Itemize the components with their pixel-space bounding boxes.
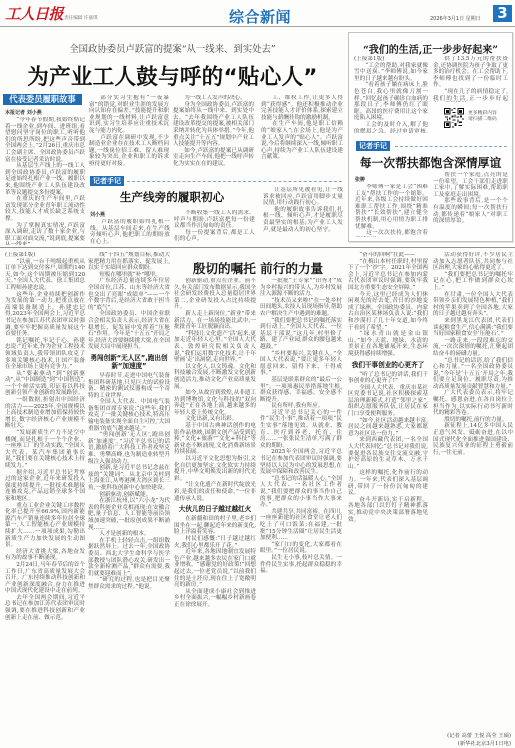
paragraph: 新人走上新岗位,“新业”带来新活力。在一场场技能比武中,一批批青年工匠脱颖而出。 (174, 311, 256, 331)
paragraph: 2025年全国两会,习近平总书记在参加代表团审议时强调,要坚持以人民为中心的发展… (260, 449, 342, 475)
paragraph: 一组数据,折射出中国经济的活力——2025年,全国规模以上高技术制造业增加值保持… (5, 397, 85, 430)
paragraph: 广东经济总量连续多年位居全国首位,江苏、山东等经济大省也交出了亮眼“成绩单”——… (88, 278, 170, 311)
reporter-note-label: 记者手记 (356, 141, 390, 151)
lead-kicker: 全国政协委员卢跃富的提案“从一线来、到实处去” (0, 41, 345, 55)
paragraph: 今天,这里已经成为人们休闲观光的好去处,昔日的沙地变成了绿洲。全国政协委员、内蒙… (348, 292, 428, 332)
paragraph: 李师傅一家是工会“困难工友”帮扶工作的一个缩影。近年来,各级工会持续做好困难职工… (355, 184, 428, 230)
subheading: 我们干事创业的心更齐了 (348, 361, 428, 369)
paragraph: “勇闯创新‘无人区’,跑出创新‘加速度’。”习近平总书记的话语,激励着广大科技工… (88, 432, 170, 465)
paragraph: 不断收集一线工人的需求、呼声与期盼,卢跃富把每一份建议都当作沉甸甸的责任。 (174, 210, 255, 230)
paragraph: “让文化遗产在新时代绽放光彩,是我们的责任和使命。”一位非遗传承人说。 (174, 482, 256, 502)
paragraph: 工会的及时介入,解了他的燃眉之急。经过申请审核,李师傅被纳入了帮扶名单。4年下来… (354, 122, 428, 133)
paragraph: “总书记的话语,给了我们信心和力量。”一名全国政协委员说,“今年是‘十五五’开局… (433, 358, 513, 391)
paragraph: 卢跃富的履职始终扎根一线。从基层车间走来,在生产线旁倾听心声,他把职工的期盼放在… (90, 219, 170, 245)
paragraph: 据介绍,习近平总书记考察过的这家企业,近年来研发投入强度持续提升,一批技术难题接… (5, 470, 85, 503)
paragraph: 他的履职故事告诉我们,扎根一线、倾听心声,才是履职尽责最坚实的根基;为产业工人发… (263, 207, 343, 233)
sidebar-column-2: 供了13.5万元的帮扶资金,还协调医院为孩子争取了更多的治疗机会。在工会帮助下,… (433, 56, 508, 102)
paragraph: 如今,卢跃富的提案已从调研室走向生产车间,他把一线呼声转化为实实在在的建议。 (173, 148, 254, 168)
paragraph: “总书记的话温暖人心。”全国人大代表、一名社区工作者说,“我们要把群众的事当作自… (260, 476, 342, 509)
paragraph: 重点工业企业关键工序数控化率已提升至66.9%,国内新能源汽车产销量连续多年位居… (5, 503, 85, 549)
paragraph: 一批批“土专家”“田秀才”成为乡村振兴的带头人,为乡村发展注入源源不断的活力。 (260, 278, 342, 298)
paragraph: 全国人大代表、中国电气装备集团首席专家说:“这些年,我们攻克了一批关键核心技术,… (88, 399, 170, 432)
lead-headline: 为产业工人鼓与呼的“贴心人” (0, 60, 345, 91)
lead-byline: 本报记者 刘小燕 (5, 109, 42, 116)
paragraph: “听了总书记的讲话,我们干事创业的心更齐了!” (348, 372, 428, 385)
editor-credit: 责任编辑 许嘉琪 (64, 15, 98, 21)
paragraph: 从基层生产线上的一线工人到全国政协委员,卢跃富的履职足迹始终扎根产业一线。履职以… (5, 163, 85, 196)
feature-credit-reporters: (记者 高蕾 王悦 高莹 王硕) (447, 731, 511, 739)
paragraph: “看着孩子躺在病床上,脸色苍白,我心里就像刀割一样。”回忆起孩子确诊白血病的那段… (354, 82, 428, 122)
paragraph: 来到黑龙江代表团,代表们谈起粮食生产,信心满满:“我们要当好国家粮食安全‘压舱石… (433, 318, 513, 338)
paragraph: “工会的帮助,对我家就像雪中送炭。”李师傅说,如今家里的日子越来越有盼头。 (354, 63, 428, 83)
paragraph: 广大代表委员表示,将牢记嘱托、感恩奋进,在各自岗位上担当作为,以实际行动书写新时… (433, 390, 513, 416)
paragraph: 在浙江杭州,以“六小龙”为代表的科创企业竞相涌现;在安徽合肥,量子信息、人工智能… (88, 498, 170, 531)
lead-column-3: 为一线工人发声的决心。身为全国政协委员,卢跃富的提案始终从一线中来、到实处中去。… (173, 95, 254, 170)
sidebar-headline: “我们的生活,正一步步好起来” (348, 41, 513, 56)
paragraph: 身为全国政协委员,卢跃富的提案始终从一线中来、到实处中去。“去年我围绕产业工人队… (173, 102, 254, 148)
dashed-divider (127, 181, 342, 182)
paragraph: 基于中国古典神话创作的电影作品热映,国潮文创产品受到追捧,“文化+旅游”“文化+… (174, 423, 256, 456)
paragraph: 民生无小事,枝叶总关情。一件件民生实事,托起群众稳稳的幸福。 (260, 555, 342, 575)
feature-column-5: “奋斗的回响”在此——“在梅山本村任职时,村里留下了一个‘沙’字。2021年全国… (348, 252, 428, 748)
paragraph: 民有所呼,我有所应。 (260, 403, 342, 410)
paragraph: “发展新质生产力不是空中楼阁,而是扎根于一个个企业、一座座工厂的生动实践。”全国… (5, 430, 85, 470)
paragraph: 这样的嘱托,化作前行的动力。一年来,代表们深入基层调研,带回了一份份沉甸甸的建议… (348, 470, 428, 496)
paragraph: 卢跃富在调研中发现,不少制造业企业存在技术工人断档问题,一线岗位招工难、留人难现… (89, 135, 169, 168)
paragraph: “乡村要振兴,关键在人。”全国人大代表说,“要让更多年轻人愿意回来、留得下来、干… (260, 351, 342, 377)
reporter-note-headline: 生产线旁的履职初心 (112, 189, 232, 205)
paragraph: 共建共享,共同富裕。在四川,一座座新建的社区食堂让老人们吃上了可口饭菜;在福建,… (260, 509, 342, 542)
paragraph: 活动获得好评,不少居民主动加入志愿者队伍,共同参与社区治理,大家的心贴得更近了。 (433, 252, 513, 272)
reporter-note-column-3: 让基层所见被看见,让一线诉求被回应,卢跃富用脚步丈量民情,用行动践行初心。他的履… (263, 187, 343, 245)
sidebar-column-1: (上接第1版)“工会的帮助,对我家就像雪中送炭。”李师傅说,如今家里的日子越来越… (354, 56, 428, 133)
paragraph: 村民们感慨:“日子越过越红火,我们心里都乐开了花。” (174, 536, 256, 549)
continuation-note: (上接第1版) (5, 252, 85, 259)
issue-date: 2026年3月1日 星期日 (430, 15, 481, 22)
paragraph: 习近平总书记关心的一件件“民生小事”,推动着一项项“民生实事”落地见效。从就业、… (260, 410, 342, 450)
reporter-note-column-2: 帮扶一个家庭,点亮的是一份希望。工会干部们走进职工家中,了解实际困难,帮助职工及… (433, 172, 508, 235)
reporter-note-label: 记者手记 (90, 176, 124, 186)
column-label: 代表委员履职故事 (3, 94, 82, 105)
paragraph: 为一线工人发声的决心。 (173, 95, 254, 102)
paragraph: 在甘肃,一位全国人大代表带领乡亲们发展特色种植,“我们村的苹果卖到了全国各地,大… (433, 292, 513, 318)
paragraph: 创新,是习近平总书记念兹在兹的“关键词”。从北京中关村到上海张江,从粤港澳大湾区… (88, 465, 170, 491)
continuation-note: (上接第1版) (354, 56, 428, 63)
paragraph: “奋斗的回响”在此—— (348, 252, 428, 259)
masthead-divider (0, 26, 515, 27)
paragraph: “在梅山本村任职时,村里留下了一个‘沙’字。2021年全国两会上,习近平总书记在… (348, 259, 428, 292)
paragraph: 早春时节,走进中国电气装备集团科研基地,只见巨大的试验设备、精密的测试仪器构成一… (88, 373, 170, 399)
paragraph: 2月24日,马年春节后的首个工作日,广东省高质量发展大会召开。广东持续推动科技创… (5, 562, 85, 595)
paragraph: 在手机上轻轻点击,一组组数据跃然屏上。过去一年,全国政协委员、西北大学生命科学与… (88, 538, 170, 578)
paragraph: “我们要把总书记的嘱托落实到行动上。”全国人大代表、一位基层干部说,“这几年,村… (260, 318, 342, 351)
paragraph: 这一次次扶持,都饱含着真情厚谊。 (355, 230, 428, 237)
paragraph: 这些年,企业持续把创新作为发展的第一动力,把重点放在高端装备制造上。孙建忠记得,… (5, 292, 85, 338)
paragraph: 在新疆和田的村子里,老乡们围坐在一起,聊起近年来的新变化,脸上洋溢着笑容。 (174, 516, 256, 536)
reporter-note-column-1: 李师傅一家是工会“困难工友”帮扶工作的一个缩影。近年来,各级工会持续做好困难职工… (355, 184, 428, 237)
paragraph: 那些故事背后,是一个个有温度的瞬间;每一次帮扶行动,都传递着“娘家人”对职工的深… (433, 198, 508, 224)
feature-credit-dateline: (新华社北京3月1日电) (458, 739, 511, 747)
paragraph: 让基层所见被看见,让一线诉求被回应,卢跃富用脚步丈量民情,用行动践行初心。 (263, 187, 343, 207)
subheading: 勇闯创新“无人区”,跑出创新“加速度” (88, 354, 170, 370)
paragraph: “研究的过程,也是把目光聚焦群众需求的过程。”他说。 (88, 577, 170, 590)
lead-column-1: “今年春节假期,我始终惦记着一线企业,到车间、进班组,看望慰问坚守岗位的职工,听… (5, 117, 85, 245)
paragraph: “如今,社区活动越来越丰富,居民之间越来越熟悉,大家都愿意为社区出一份力。” (348, 418, 428, 438)
paragraph: 部分实习生抱有“一夜暴富”的错觉,对职业生涯的发展方向认知存在偏差。”技能提升和… (89, 95, 169, 135)
paragraph: 全国政协委员、中国企业联合会相关负责人表示,经济大省在稳增长、促发展中发挥着“压… (88, 311, 170, 351)
qr-caption-line: 请扫描二维码 (468, 117, 510, 123)
feature-column-1: (上接第1版)“以前,一台千吨级起重机从订单下达到交付客户,周期约140天,如今… (5, 252, 85, 748)
paragraph: 基层是联系群众的“最后一公里”。一项项惠民举措落地生根,群众获得感、幸福感、安全… (260, 377, 342, 403)
paragraph: 新征程上,14亿多中国人民正意气风发、砥砺奋进,在以中国式现代化全面推进强国建设… (433, 423, 513, 456)
dashed-divider (395, 146, 507, 147)
paragraph: “现在儿子的病情稳定了,我们的生活,正一步步好起来。”李师傅说。 (433, 89, 508, 102)
feature-column-6: 活动获得好评,不少居民主动加入志愿者队伍,共同参与社区治理,大家的心贴得更近了。… (433, 252, 513, 730)
paragraph: 奋斗开新局,实干启新程。各地各部门以钉钉子精神抓落实,推动党中央决策部署落地见效… (348, 497, 428, 523)
paragraph: 工、维权工作,让更多人得到“获得感”。他还积极推动企业完善技能人才评价体系,探索… (261, 95, 343, 121)
paragraph: 如今,从故宫到敦煌,从非遗工坊到博物馆,文化与科技的“双向奔赴”正在各地上演,越… (174, 390, 256, 416)
paragraph: “科技让文化遗产‘活’起来,更加走近年轻人心里。”全国人大代表、敦煌研究院相关负… (174, 331, 256, 364)
paragraph: “家门口的变化,大家都看在眼里。”一位居民说。 (260, 542, 342, 555)
paragraph: 为了掌握真实情况,卢跃富深入调研,走访了数十家企业,与职工面对面交流,“说到底,… (5, 223, 85, 246)
paragraph: 来到西藏代表团,一名全国人大代表回忆:“总书记对我们说,要促进各民族交往交流交融… (348, 437, 428, 470)
paragraph: 在生产车间,他是职工信赖的“娘家人”;在会场上,他是为产业工人发声的“贴心人”。… (261, 121, 343, 161)
newspaper-page: 工人日报 责任编辑 许嘉琪 综合新闻 2026年3月1日 星期日 3 全国政协委… (0, 0, 515, 748)
paragraph: 去年全国两会期间,习近平总书记在参加江苏代表团审议时强调,要在推进科技创新和产业… (5, 595, 85, 621)
paragraph: “我们要把总书记的嘱托牢记在心,把工作做到群众心坎上。” (433, 272, 513, 292)
paragraph: 近年来,各地因地制宜发展特色产业,越来越多农民在家门口就业增收。“感谢党的好政策… (174, 549, 256, 589)
qr-code (444, 108, 464, 128)
paragraph: “以前,一台千吨级起重机从订单下达到交付客户,周期约140天,如今,这个周期被压… (5, 259, 85, 292)
paragraph: 以文化人,以文铸魂。文化和科技融合发展,不断激发文化创新创造活力,推动文化产业高… (174, 364, 256, 390)
lead-column-2: 部分实习生抱有“一夜暴富”的错觉,对职业生涯的发展方向认知存在偏差。”技能提升和… (89, 95, 169, 170)
paragraph: 每一份提案背后,都是工人们的心声。 (174, 230, 255, 243)
paragraph: 供了13.5万元的帮扶资金,还协调医院为孩子争取了更多的治疗机会。在工会帮助下,… (433, 56, 508, 89)
feature-column-4: 一批批“土专家”“田秀才”成为乡村振兴的带头人,为乡村发展注入源源不断的活力。“… (260, 278, 342, 748)
paragraph: 在重庆的生产车间里,卢跃富发现部分企业青年职工流动性较大,技能人才成长缺乏系统支… (5, 196, 85, 222)
paragraph: 创新驱动,重点在企业。前不久,有关部门发布数据显示,我国全社会研发经费投入总量稳… (174, 278, 256, 311)
reporter-note-headline: 每一次帮扶都饱含深情厚谊 (348, 154, 513, 171)
paragraph: 帮扶一个家庭,点亮的是一份希望。工会干部们走进职工家中,了解实际困难,帮助职工及… (433, 172, 508, 198)
page-number-badge: 3 (493, 5, 512, 22)
paragraph: 从全面建成小康社会到推进乡村全面振兴,一幅幅乡村新画卷正在徐徐展开。 (174, 589, 256, 609)
paragraph: 从“要素驱动”到“创新驱动”,从“中国制造”到“中国智造”,一个个鲜活实践,印证… (5, 371, 85, 397)
reporter-note-byline: 刘小燕 (90, 211, 105, 218)
reporter-note-byline: 张翀 (355, 176, 365, 183)
paragraph: 经济大省挑大梁,各地奋发有为的故事不断涌现。 (5, 549, 85, 562)
paragraph: 铭记嘱托,牢记于心。孙建忠说:“近年来,作为企业工程技术领域负责人,我带领团队攻… (5, 338, 85, 371)
paragraph: “技术员又来啦!”在一处乡村田间地头,农技人员现场指导,帮助农户解决生产中遇到的… (260, 298, 342, 318)
reporter-note-column-1: 卢跃富的履职始终扎根一线。从基层车间走来,在生产线旁倾听心声,他把职工的期盼放在… (90, 219, 170, 245)
paragraph: “今年春节假期,我始终惦记着一线企业,到车间、进班组,看望慰问坚守岗位的职工,听… (5, 117, 85, 163)
feature-headline: 殷切的嘱托 前行的力量 (174, 258, 342, 277)
feature-column-3: 创新驱动,重点在企业。前不久,有关部门发布数据显示,我国全社会研发经费投入总量稳… (174, 278, 256, 748)
subheading: 大伙儿的日子越过越红火 (174, 505, 256, 513)
qr-caption: 更多精彩内容 请扫描二维码 (468, 111, 510, 123)
section-title: 综合新闻 (229, 6, 291, 27)
paragraph: 线“十四五”规划目标,推动大家把精力用在抓落实、促发展上,以实干实绩回应群众期盼… (88, 252, 170, 272)
feature-column-2: 线“十四五”规划目标,推动大家把精力用在抓落实、促发展上,以实干实绩回应群众期盼… (88, 252, 170, 748)
reporter-note-column-2: 不断收集一线工人的需求、呼声与期盼,卢跃富把每一份建议都当作沉甸甸的责任。每一份… (174, 210, 255, 245)
lead-column-4: 工、维权工作,让更多人得到“获得感”。他还积极推动企业完善技能人才评价体系,探索… (261, 95, 343, 170)
paragraph: 全国人大代表、重庆市某社区党委书记说,社区积极探索基层治理新模式,打造“邻里之家… (348, 385, 428, 418)
newspaper-logo: 工人日报 (5, 3, 63, 24)
paragraph: “绿水青山就是金山银山。”如今,天蓝、地绿、水清的美景正在各地铺展开来,生态环境… (348, 331, 428, 357)
section-divider (0, 247, 515, 248)
paragraph: 以习近平文化思想为指引,文化自信更加坚定,文化软实力持续提升,中华文明焕发出新的… (174, 456, 256, 482)
paragraph: 一路走来,一段段难忘的交流,一次次深情的嘱托,汇聚起团结奋斗的磅礴力量。 (433, 338, 513, 358)
paragraph: 人才是创新的根本。 (88, 531, 170, 538)
